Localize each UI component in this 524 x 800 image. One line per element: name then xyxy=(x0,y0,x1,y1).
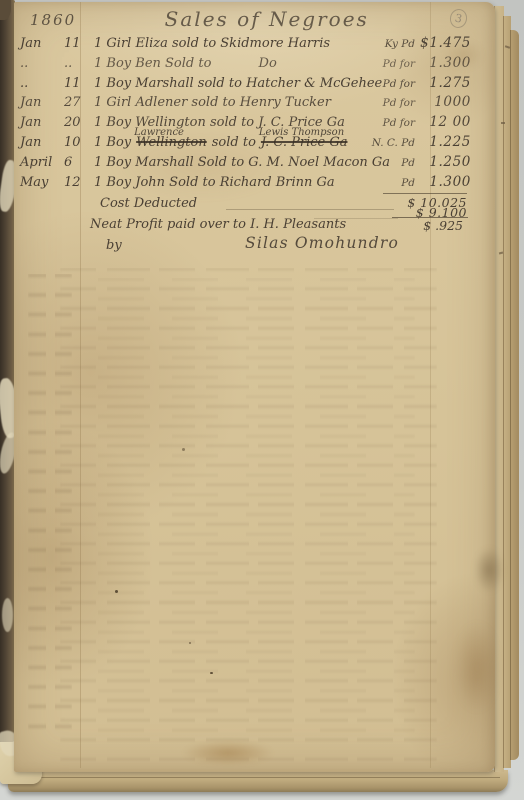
amount-cell: 1000 xyxy=(419,94,471,110)
pencil-page-number: 3 xyxy=(448,7,469,29)
ink-speck xyxy=(115,590,118,593)
edge-mark xyxy=(501,122,505,124)
month-cell: April xyxy=(20,155,64,170)
amount-cell: $1.475 xyxy=(419,35,471,51)
entry-description: 1 Boy Marshall Sold to G. M. Noel Macon … xyxy=(94,155,401,170)
paid-note: Ky Pd xyxy=(385,38,415,50)
entry-description: 1 Girl Eliza sold to Skidmore Harris xyxy=(94,36,385,51)
month-cell: .. xyxy=(20,76,64,91)
paid-note: Pd xyxy=(401,157,415,169)
verso-bleedthrough-margin xyxy=(28,274,72,744)
verso-bleedthrough xyxy=(84,278,415,748)
amount-cell: 1.300 xyxy=(419,55,471,71)
day-cell: 11 xyxy=(64,76,94,91)
amount-cell: 12 00 xyxy=(419,114,471,130)
ledger-entries: Jan 11 1 Girl Eliza sold to Skidmore Har… xyxy=(20,35,471,193)
entry-description: 1 Boy John Sold to Richard Brinn Ga xyxy=(94,175,401,190)
ink-speck xyxy=(210,672,213,674)
ledger-entry-row: .. .. 1 Boy Ben Sold toDo Pd for 1.300 xyxy=(20,55,471,75)
page-stack-bottom-edge xyxy=(8,770,508,792)
stain xyxy=(474,547,504,593)
entry-description: 1 Boy Marshall sold to Hatcher & McGehee xyxy=(94,76,383,91)
month-cell: May xyxy=(20,175,64,190)
day-cell: 10 xyxy=(64,135,94,150)
day-cell: 11 xyxy=(64,36,94,51)
struck-buyer: Lewis ThompsonJ. C. Price Ga xyxy=(261,135,348,150)
ledger-entry-row: Jan 20 1 Boy Wellington sold to J. C. Pr… xyxy=(20,114,471,134)
year-heading: 1860 xyxy=(30,11,76,29)
stain xyxy=(182,740,274,766)
ledger-entry-row-corrected: Jan 10 1 BoyLawrenceWellingtonsold toLew… xyxy=(20,134,471,154)
net-profit-label: Neat Profit paid over to I. H. Pleasants xyxy=(90,217,346,232)
entry-description: 1 Boy Ben Sold toDo xyxy=(94,56,383,71)
day-cell: 6 xyxy=(64,155,94,170)
entry-description: 1 BoyLawrenceWellingtonsold toLewis Thom… xyxy=(94,135,372,150)
cost-deducted-label: Cost Deducted xyxy=(100,196,197,211)
paper-fray xyxy=(2,598,13,632)
entry-description: 1 Girl Adlener sold to Henry Tucker xyxy=(94,95,383,110)
paid-note: Pd for xyxy=(383,117,415,129)
ledger-entry-row: Jan 11 1 Girl Eliza sold to Skidmore Har… xyxy=(20,35,471,55)
day-cell: 27 xyxy=(64,95,94,110)
amount-cell: 1.250 xyxy=(419,154,471,170)
by-label: by xyxy=(106,238,122,253)
ledger-page: 1860 Sales of Negroes 3 Jan 11 1 Girl El… xyxy=(14,2,495,772)
page-stack-right-edge xyxy=(510,30,519,760)
month-cell: .. xyxy=(20,56,64,71)
day-cell: .. xyxy=(64,56,94,71)
ink-speck xyxy=(182,448,185,451)
rule-dash xyxy=(226,209,394,210)
amount-cell: 1.275 xyxy=(419,75,471,91)
net-profit-amount: $ .925 xyxy=(423,218,463,233)
amount-cell: 1.225 xyxy=(419,134,471,150)
paid-note: Pd for xyxy=(383,58,415,70)
interlined-correction: Lewis Thompson xyxy=(259,128,344,138)
month-cell: Jan xyxy=(20,135,64,150)
ledger-entry-row: .. 11 1 Boy Marshall sold to Hatcher & M… xyxy=(20,75,471,95)
ledger-entry-row: April 6 1 Boy Marshall Sold to G. M. Noe… xyxy=(20,154,471,174)
ledger-scan: 1860 Sales of Negroes 3 Jan 11 1 Girl El… xyxy=(0,0,524,800)
month-cell: Jan xyxy=(20,36,64,51)
ledger-entry-row: Jan 27 1 Girl Adlener sold to Henry Tuck… xyxy=(20,94,471,114)
page-title: Sales of Negroes xyxy=(165,7,369,31)
stain xyxy=(454,622,500,712)
ledger-entry-row: May 12 1 Boy John Sold to Richard Brinn … xyxy=(20,174,471,194)
signature: Silas Omohundro xyxy=(245,234,399,252)
ditto-mark: Do xyxy=(259,56,277,71)
day-cell: 12 xyxy=(64,175,94,190)
month-cell: Jan xyxy=(20,115,64,130)
day-cell: 20 xyxy=(64,115,94,130)
paid-note: Pd for xyxy=(383,97,415,109)
ink-speck xyxy=(189,642,191,644)
paid-note: Pd for xyxy=(383,78,415,90)
month-cell: Jan xyxy=(20,95,64,110)
struck-name: LawrenceWellington xyxy=(136,135,207,150)
paid-note: N. C. Pd xyxy=(372,137,415,149)
amount-cell: 1.300 xyxy=(419,174,471,190)
paid-note: Pd xyxy=(401,177,415,189)
interlined-correction: Lawrence xyxy=(134,128,184,138)
